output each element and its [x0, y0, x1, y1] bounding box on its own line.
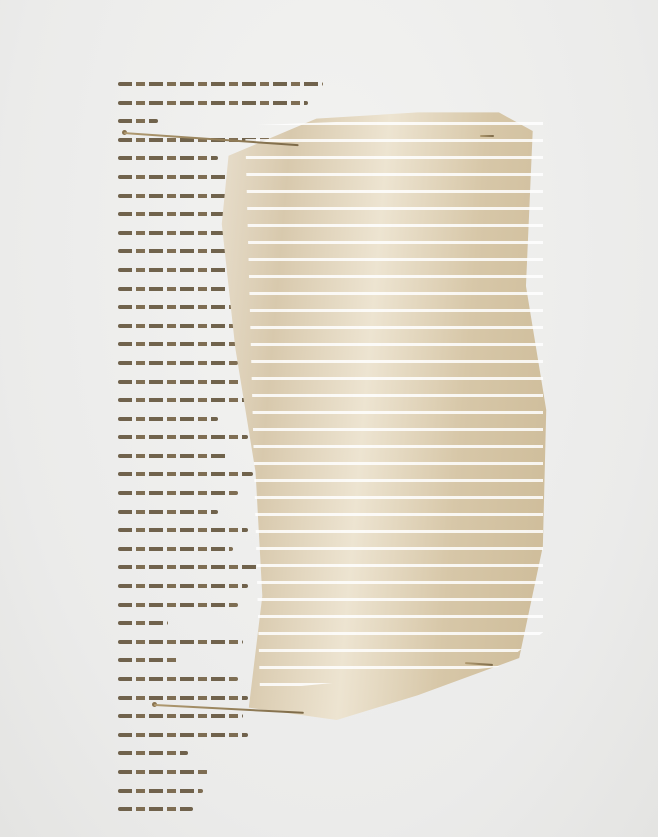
- curled-page-overlay: [215, 100, 553, 720]
- pin-icon: [480, 135, 494, 137]
